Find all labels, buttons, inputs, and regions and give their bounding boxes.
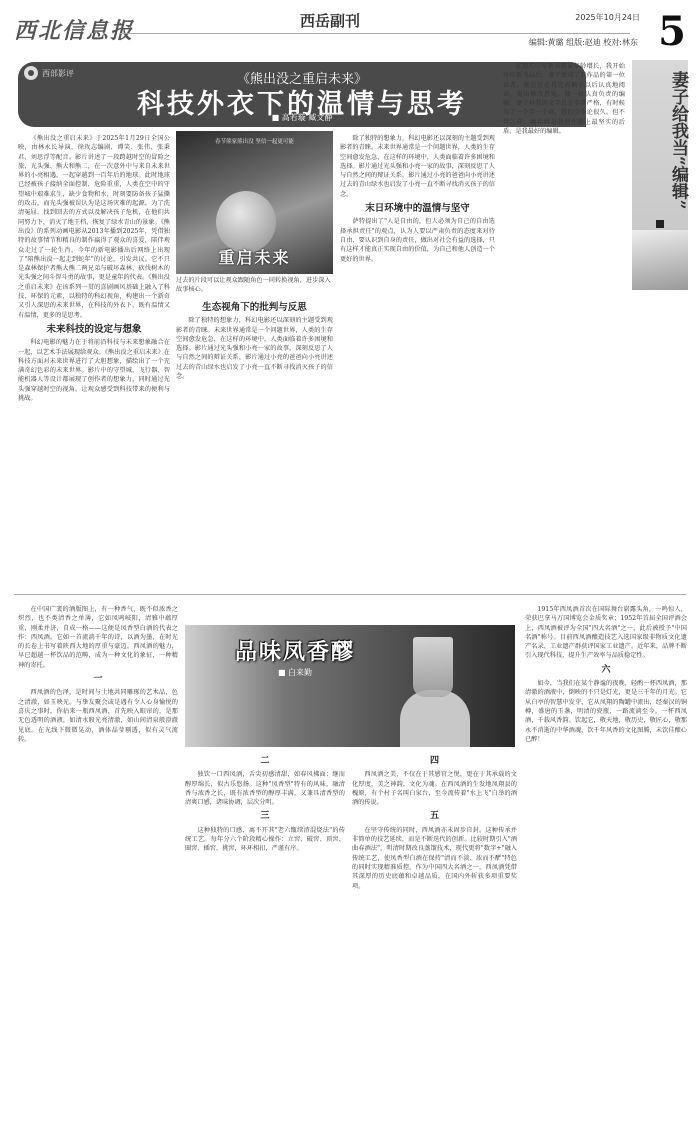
- article1-column-2: 生态视角下的批判与反思 除了独特的想象力，科幻电影还以深刻的主题受到观影者的青睐…: [176, 298, 333, 589]
- poster-character: [216, 191, 276, 253]
- article-divider: [14, 594, 686, 595]
- section-heading: 末日环境中的温情与坚守: [340, 204, 495, 213]
- paper-name: 西北信息报: [14, 14, 134, 45]
- poster-logo: 重启未来: [176, 245, 333, 268]
- sidebar-essay-body: 在现实中写新书随着年龄增长，我开始写作新书以后，妻子便成了我作品的第一位读者。她…: [503, 62, 625, 136]
- section-heading: 未来科技的设定与想象: [18, 325, 170, 334]
- sidebar-essay-title-box: 妻子给我当“编辑” 连新民: [632, 60, 688, 290]
- section-text: 这种独特的口感，离不开其"老六甑续渣混烧法"的传统工艺。每年分六个阶段精心操作：…: [185, 826, 345, 854]
- article2-column-1: 在中国广袤的酒版图上，有一种香气，既不似浓香之炽烈，也不类清香之单薄，它如凤鸣岐…: [18, 605, 178, 1130]
- page-number: 5: [658, 8, 686, 55]
- section-number: 六: [525, 666, 687, 675]
- open-book-image: [632, 230, 688, 290]
- section-text: 科幻电影的魅力在于将前沿科技与未来想象融合在一起，以艺术手法展现给观众。《熊出没…: [18, 338, 170, 403]
- section-name: 西岳副刊: [300, 10, 360, 31]
- section-text: 独饮一口西凤酒，舌尖初感清甜，如春风拂面；继而醇厚绵长，似古乐悠扬。这种"凤香型…: [185, 770, 345, 807]
- poster-tagline: 春节熊家熊出没 坚信一起更可能: [176, 137, 333, 145]
- issue-date: 2025年10月24日: [575, 12, 640, 23]
- section-text: 西凤酒的色泽，是时间与土地共同雕琢的艺术品，色之清澈，如玉映光。与挚友聚会或是遇…: [18, 688, 178, 744]
- section-text: 除了独特的想象力，科幻电影还以深刻的主题受到观影者的青睐。未来世界通常是一个问题…: [340, 134, 495, 199]
- section-number: 五: [352, 812, 517, 821]
- section-text: 如今，当我们在某个静谧的夜晚，轻酌一杯西凤酒，那清澈的酒液中，倒映的不只是灯光，…: [525, 679, 687, 744]
- section-number: 二: [185, 757, 345, 766]
- article2-byline: ■ 白来勤: [185, 667, 405, 678]
- article2-column-3: 四 西凤酒之美，不仅在于其感官之悦，更在于其承载的文化厚度，美之神韵，文化为魂。…: [352, 752, 517, 1130]
- section-number: 一: [18, 675, 178, 684]
- masthead: 西北信息报 西岳副刊 2025年10月24日 编辑:黄璐 组版:赵迪 校对:林东…: [0, 0, 700, 60]
- hand-image: [400, 690, 470, 747]
- byline-square-icon: [656, 220, 664, 228]
- article1-intro: 《熊出没之重启未来》于2025年1月29日全国公映，由林永长导演，徐玫志编剧，谭…: [18, 134, 170, 320]
- article2-intro: 在中国广袤的酒版图上，有一种香气，既不似浓香之炽烈，也不类清香之单薄，它如凤鸣岐…: [18, 605, 178, 670]
- section-text: 萨特提出了"人是自由的，但人必须为自己的自由选择承担责任"的观点，认为人要以严肃…: [340, 217, 495, 263]
- section-number: 三: [185, 812, 345, 821]
- section-heading: 生态视角下的批判与反思: [176, 303, 333, 312]
- article1-column-1: 《熊出没之重启未来》于2025年1月29日全国公映，由林永长导演，徐玫志编剧，谭…: [18, 134, 170, 589]
- section-text: 在坚守传统的同时，西凤酒亦未固步自封。这种传承并非简单的技艺延续，而是不断迭代的…: [352, 826, 517, 891]
- section-text: 除了独特的想象力，科幻电影还以深刻的主题受到观影者的青睐。未来世界通常是一个问题…: [176, 316, 333, 381]
- article2-banner: 品味凤香醪 ■ 白来勤: [185, 625, 515, 747]
- article1-banner: 西部影评 《熊出没之重启未来》 科技外衣下的温情与思考 ■ 高若璇 臧文静: [18, 62, 586, 127]
- section-text: 西凤酒之美，不仅在于其感官之悦，更在于其承载的文化厚度，美之神韵，文化为魂。在西…: [352, 770, 517, 807]
- editor-credits: 编辑:黄璐 组版:赵迪 校对:林东: [529, 37, 638, 48]
- masthead-rule: [120, 33, 630, 34]
- article2-column-2: 二 独饮一口西凤酒，舌尖初感清甜，如春风拂面；继而醇厚绵长，似古乐悠扬。这种"凤…: [185, 752, 345, 1130]
- section-number: 四: [352, 757, 517, 766]
- movie-poster: 春节熊家熊出没 坚信一起更可能 重启未来: [176, 131, 333, 274]
- history-text: 1915年西凤酒首次在国际舞台崭露头角，一鸣惊人，荣获巴拿马万国博览会金质奖章；…: [525, 605, 687, 661]
- article1-byline: ■ 高若璇 臧文静: [18, 112, 586, 123]
- article2-column-4: 1915年西凤酒首次在国际舞台崭露头角，一鸣惊人，荣获巴拿马万国博览会金质奖章；…: [525, 605, 687, 1130]
- liquor-glass-image: [413, 637, 453, 697]
- sidebar-essay-text: 在现实中写新书随着年龄增长，我开始写作新书以后，妻子便成了我作品的第一位读者。她…: [503, 62, 625, 589]
- article2-title: 品味凤香醪: [185, 635, 405, 666]
- poster-caption: 过去的片段可以让观众跟随角色一同转换视角，进步深入故事核心。: [176, 276, 333, 295]
- sidebar-essay-title: 妻子给我当“编辑”: [632, 70, 688, 210]
- article1-column-3: 除了独特的想象力，科幻电影还以深刻的主题受到观影者的青睐。未来世界通常是一个问题…: [340, 134, 495, 589]
